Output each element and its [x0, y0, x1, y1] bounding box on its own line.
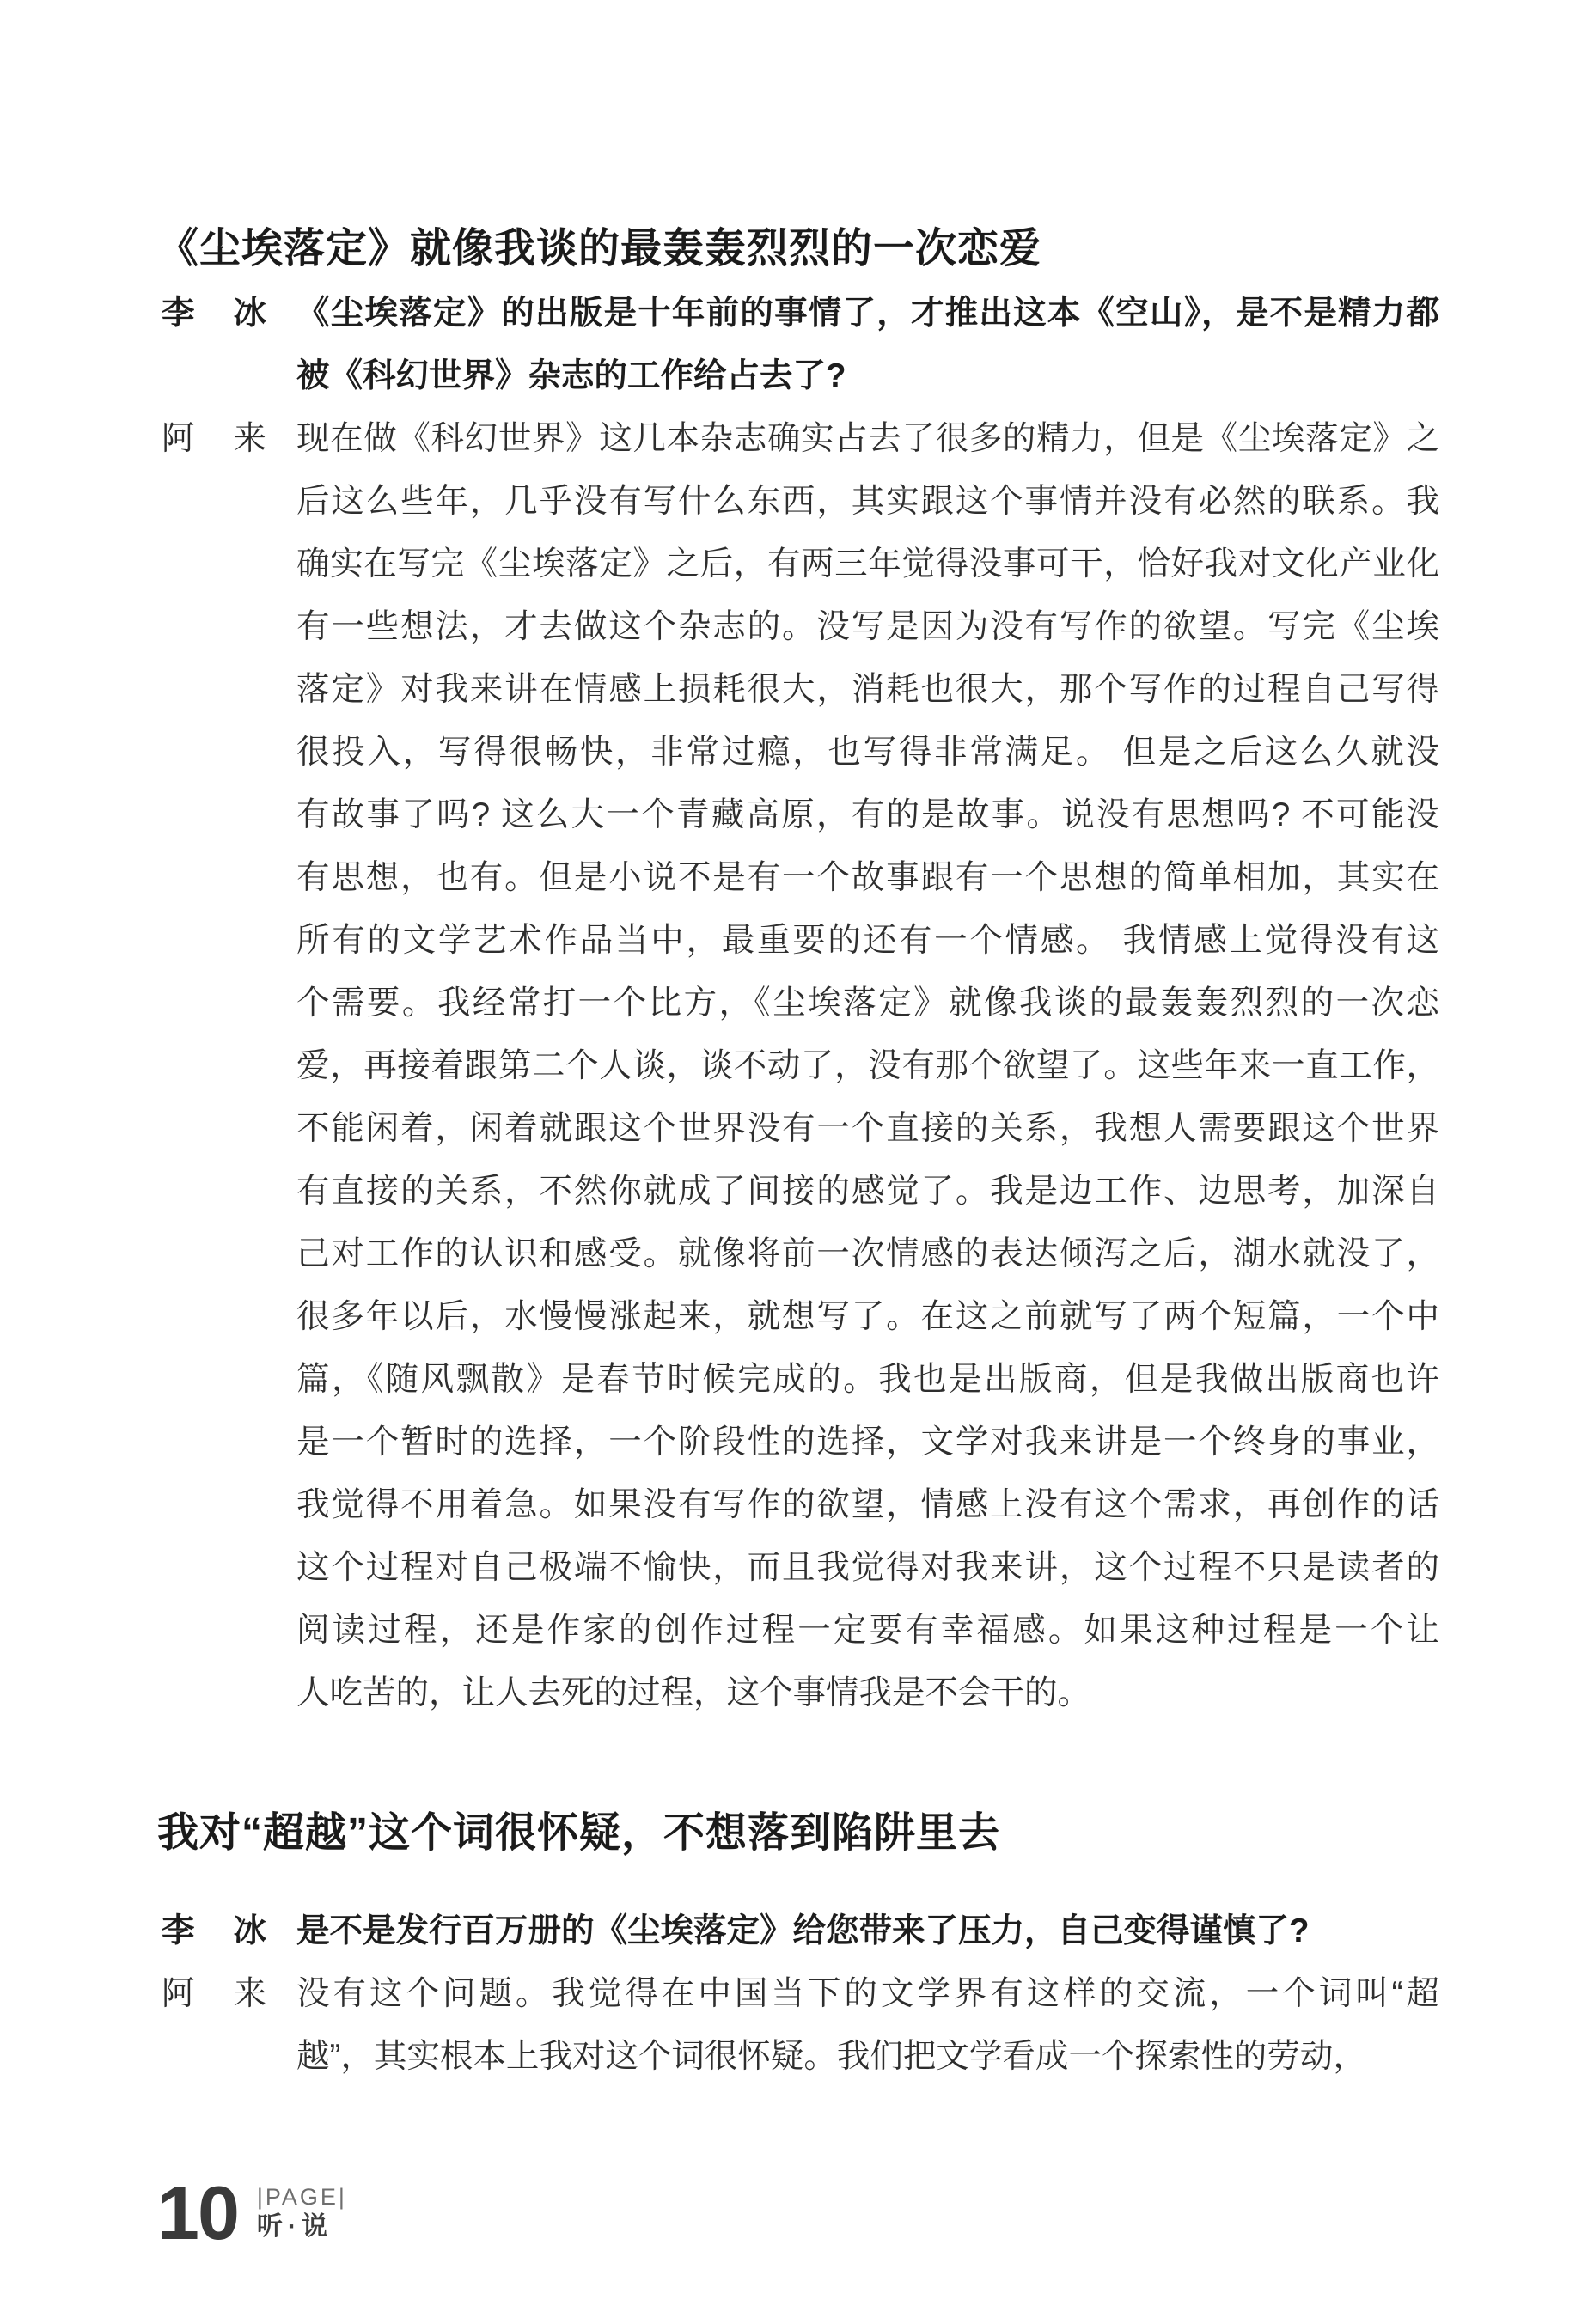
text-line: 被《科幻世界》杂志的工作给占去了? [296, 345, 1439, 407]
text-line: 是一个暂时的选择，一个阶段性的选择，文学对我来讲是一个终身的事业， [296, 1411, 1439, 1473]
text-line: 己对工作的认识和感受。就像将前一次情感的表达倾泻之后，湖水就没了， [296, 1223, 1439, 1285]
text-line: 落定》对我来讲在情感上损耗很大，消耗也很大，那个写作的过程自己写得 [296, 658, 1439, 721]
question-text: 《尘埃落定》的出版是十年前的事情了，才推出这本《空山》，是不是精力都被《科幻世界… [296, 282, 1439, 407]
text-line: 不能闲着，闲着就跟这个世界没有一个直接的关系，我想人需要跟这个世界 [296, 1097, 1439, 1160]
question-text: 是不是发行百万册的《尘埃落定》给您带来了压力，自己变得谨慎了? [296, 1900, 1439, 1962]
question-row: 李 冰 是不是发行百万册的《尘埃落定》给您带来了压力，自己变得谨慎了? [162, 1900, 1450, 1962]
section-heading-1: 《尘埃落定》就像我谈的最轰轰烈烈的一次恋爱 [157, 225, 1041, 273]
text-line: 后这么些年，几乎没有写什么东西，其实跟这个事情并没有必然的联系。我 [296, 470, 1439, 533]
footer-labels: |PAGE| 听·说 [257, 2184, 347, 2242]
page-label: |PAGE| [257, 2184, 347, 2210]
text-line: 这个过程对自己极端不愉快，而且我觉得对我来讲，这个过程不只是读者的 [296, 1536, 1439, 1599]
answer-text: 现在做《科幻世界》这几本杂志确实占去了很多的精力，但是《尘埃落定》之后这么些年，… [296, 407, 1439, 1724]
speaker-surname: 阿 [162, 407, 195, 470]
text-line: 人吃苦的，让人去死的过程，这个事情我是不会干的。 [296, 1662, 1439, 1724]
answer-row: 阿 来 没有这个问题。我觉得在中国当下的文学界有这样的交流，一个词叫“超越”，其… [162, 1962, 1450, 2088]
section-heading-2: 我对“超越”这个词很怀疑，不想落到陷阱里去 [157, 1809, 1000, 1857]
text-line: 有直接的关系，不然你就成了间接的感觉了。我是边工作、边思考，加深自 [296, 1160, 1439, 1223]
text-line: 很多年以后，水慢慢涨起来，就想写了。在这之前就写了两个短篇，一个中 [296, 1285, 1439, 1348]
interview-section-1: 李 冰 《尘埃落定》的出版是十年前的事情了，才推出这本《空山》，是不是精力都被《… [162, 282, 1450, 1724]
speaker-surname: 阿 [162, 1962, 195, 2025]
text-line: 没有这个问题。我觉得在中国当下的文学界有这样的交流，一个词叫“超 [296, 1962, 1439, 2025]
speaker-givenname: 冰 [233, 1900, 266, 1962]
interview-section-2: 李 冰 是不是发行百万册的《尘埃落定》给您带来了压力，自己变得谨慎了? 阿 来 … [162, 1900, 1450, 2088]
page-footer: 10 |PAGE| 听·说 [157, 2182, 347, 2244]
series-label: 听·说 [257, 2211, 347, 2242]
speaker-name-interviewer: 李 冰 [162, 282, 266, 345]
text-line: 《尘埃落定》的出版是十年前的事情了，才推出这本《空山》，是不是精力都 [296, 282, 1439, 345]
text-line: 个需要。我经常打一个比方，《尘埃落定》就像我谈的最轰轰烈烈的一次恋 [296, 972, 1439, 1034]
text-line: 确实在写完《尘埃落定》之后，有两三年觉得没事可干，恰好我对文化产业化 [296, 533, 1439, 595]
text-line: 篇，《随风飘散》是春节时候完成的。我也是出版商，但是我做出版商也许 [296, 1348, 1439, 1411]
speaker-givenname: 来 [233, 1962, 266, 2025]
speaker-surname: 李 [162, 1900, 195, 1962]
page-number: 10 [157, 2182, 238, 2244]
text-line: 有思想，也有。但是小说不是有一个故事跟有一个思想的简单相加，其实在 [296, 846, 1439, 909]
speaker-givenname: 冰 [233, 282, 266, 345]
answer-row: 阿 来 现在做《科幻世界》这几本杂志确实占去了很多的精力，但是《尘埃落定》之后这… [162, 407, 1450, 1724]
text-line: 我觉得不用着急。如果没有写作的欲望，情感上没有这个需求，再创作的话 [296, 1473, 1439, 1536]
speaker-surname: 李 [162, 282, 195, 345]
text-line: 所有的文学艺术作品当中，最重要的还有一个情感。 我情感上觉得没有这 [296, 909, 1439, 972]
speaker-name-interviewer: 李 冰 [162, 1900, 266, 1962]
text-line: 有一些想法，才去做这个杂志的。没写是因为没有写作的欲望。写完《尘埃 [296, 595, 1439, 658]
text-line: 越”，其实根本上我对这个词很怀疑。我们把文学看成一个探索性的劳动， [296, 2025, 1439, 2088]
speaker-givenname: 来 [233, 407, 266, 470]
text-line: 很投入，写得很畅快，非常过瘾，也写得非常满足。 但是之后这么久就没 [296, 721, 1439, 784]
text-line: 是不是发行百万册的《尘埃落定》给您带来了压力，自己变得谨慎了? [296, 1900, 1439, 1962]
speaker-name-author: 阿 来 [162, 407, 266, 470]
speaker-name-author: 阿 来 [162, 1962, 266, 2025]
text-line: 有故事了吗? 这么大一个青藏高原，有的是故事。说没有思想吗? 不可能没 [296, 784, 1439, 846]
text-line: 阅读过程，还是作家的创作过程一定要有幸福感。如果这种过程是一个让 [296, 1599, 1439, 1662]
question-row: 李 冰 《尘埃落定》的出版是十年前的事情了，才推出这本《空山》，是不是精力都被《… [162, 282, 1450, 407]
text-line: 现在做《科幻世界》这几本杂志确实占去了很多的精力，但是《尘埃落定》之 [296, 407, 1439, 470]
book-page: 《尘埃落定》就像我谈的最轰轰烈烈的一次恋爱 李 冰 《尘埃落定》的出版是十年前的… [0, 0, 1594, 2324]
answer-text: 没有这个问题。我觉得在中国当下的文学界有这样的交流，一个词叫“超越”，其实根本上… [296, 1962, 1439, 2088]
text-line: 爱，再接着跟第二个人谈，谈不动了，没有那个欲望了。这些年来一直工作， [296, 1034, 1439, 1097]
